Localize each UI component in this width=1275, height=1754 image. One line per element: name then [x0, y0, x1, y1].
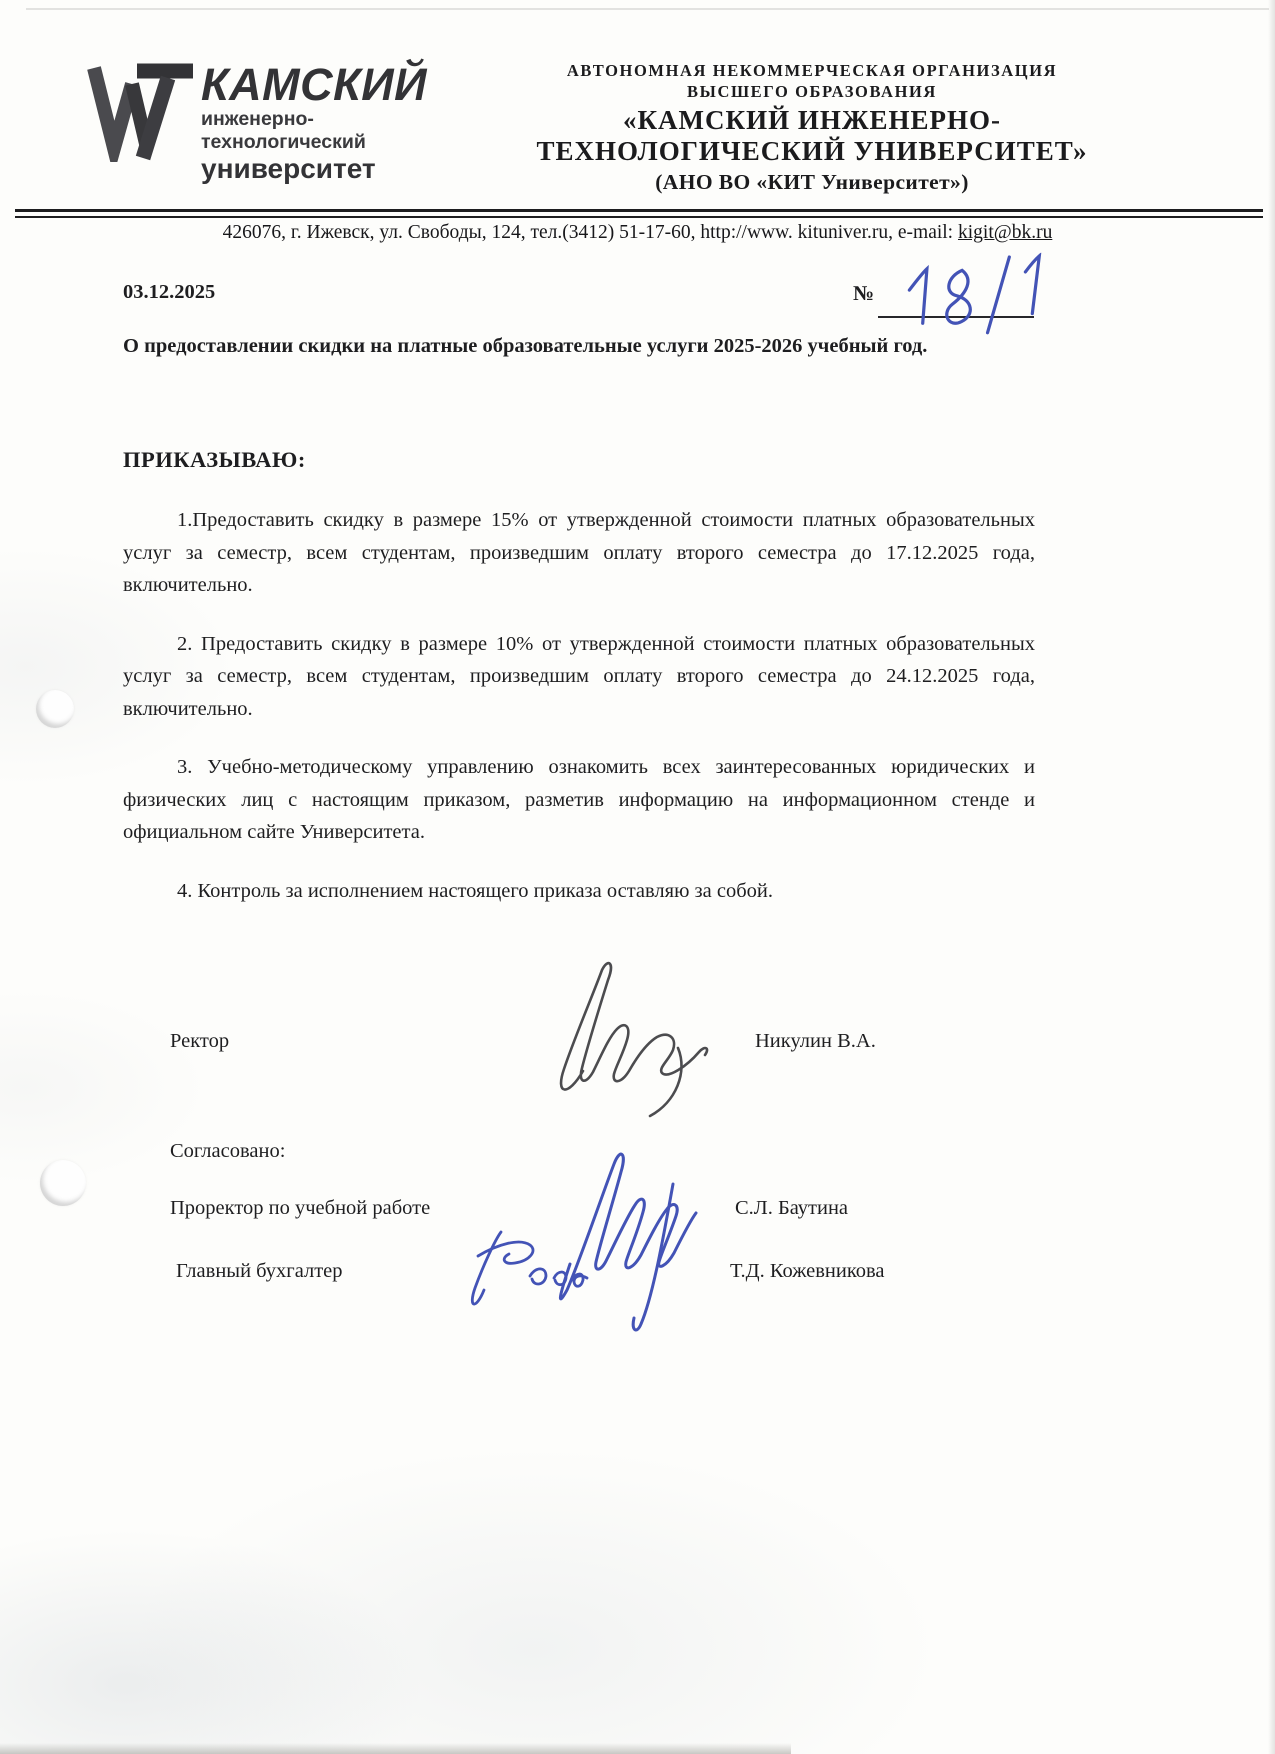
number-label: №: [853, 281, 874, 306]
brand-subtitle-2: университет: [201, 154, 435, 184]
prorector-title: Проректор по учебной работе: [170, 1197, 430, 1220]
scan-bottom-edge: [0, 1743, 791, 1754]
organization-name-block: АВТОНОМНАЯ НЕКОММЕРЧЕСКАЯ ОРГАНИЗАЦИЯ ВЫ…: [492, 60, 1132, 196]
accountant-title: Главный бухгалтер: [176, 1260, 343, 1283]
scan-right-edge: [1268, 0, 1275, 1754]
kit-monogram-icon: [85, 58, 197, 162]
rector-signature: [528, 956, 738, 1121]
scanned-order-document: КАМСКИЙ инженерно-технологический универ…: [0, 0, 1275, 1754]
order-item-2: 2. Предоставить скидку в размере 10% от …: [123, 628, 1035, 726]
org-line: ВЫСШЕГО ОБРАЗОВАНИЯ: [492, 81, 1132, 102]
org-line: (АНО ВО «КИТ Университет»): [492, 169, 1132, 196]
scan-top-edge: [26, 8, 1269, 10]
header-double-rule: [15, 209, 1263, 218]
accountant-name: Т.Д. Кожевникова: [730, 1260, 885, 1283]
address-text: 426076, г. Ижевск, ул. Свободы, 124, тел…: [223, 222, 958, 243]
hole-punch-mark: [36, 690, 74, 728]
university-logo: КАМСКИЙ инженерно-технологический универ…: [85, 58, 435, 170]
order-heading: ПРИКАЗЫВАЮ:: [123, 447, 306, 473]
order-number-handwriting: [885, 253, 1050, 342]
order-item-3: 3. Учебно-методическому управлению ознак…: [123, 751, 1035, 849]
rector-title: Ректор: [170, 1030, 229, 1053]
order-body: 1.Предоставить скидку в размере 15% от у…: [123, 504, 1035, 933]
order-item-1: 1.Предоставить скидку в размере 15% от у…: [123, 504, 1035, 602]
brand-subtitle-1: инженерно-технологический: [201, 108, 435, 154]
org-line: «КАМСКИЙ ИНЖЕНЕРНО-: [492, 105, 1132, 136]
prorector-name: С.Л. Баутина: [735, 1197, 848, 1220]
rector-name: Никулин В.А.: [755, 1030, 876, 1053]
accountant-signature: [462, 1226, 602, 1316]
document-date: 03.12.2025: [123, 281, 215, 304]
email-link[interactable]: kigit@bk.ru: [958, 222, 1052, 243]
brand-name: КАМСКИЙ: [201, 64, 435, 106]
order-item-4: 4. Контроль за исполнением настоящего пр…: [123, 875, 1035, 908]
org-line: ТЕХНОЛОГИЧЕСКИЙ УНИВЕРСИТЕТ»: [402, 136, 1222, 167]
org-line: АВТОНОМНАЯ НЕКОММЕРЧЕСКАЯ ОРГАНИЗАЦИЯ: [492, 60, 1132, 81]
address-line: 426076, г. Ижевск, ул. Свободы, 124, тел…: [0, 222, 1275, 244]
agreed-label: Согласовано:: [170, 1140, 285, 1163]
hole-punch-mark: [40, 1160, 86, 1206]
subject-line: О предоставлении скидки на платные образ…: [123, 331, 1035, 363]
